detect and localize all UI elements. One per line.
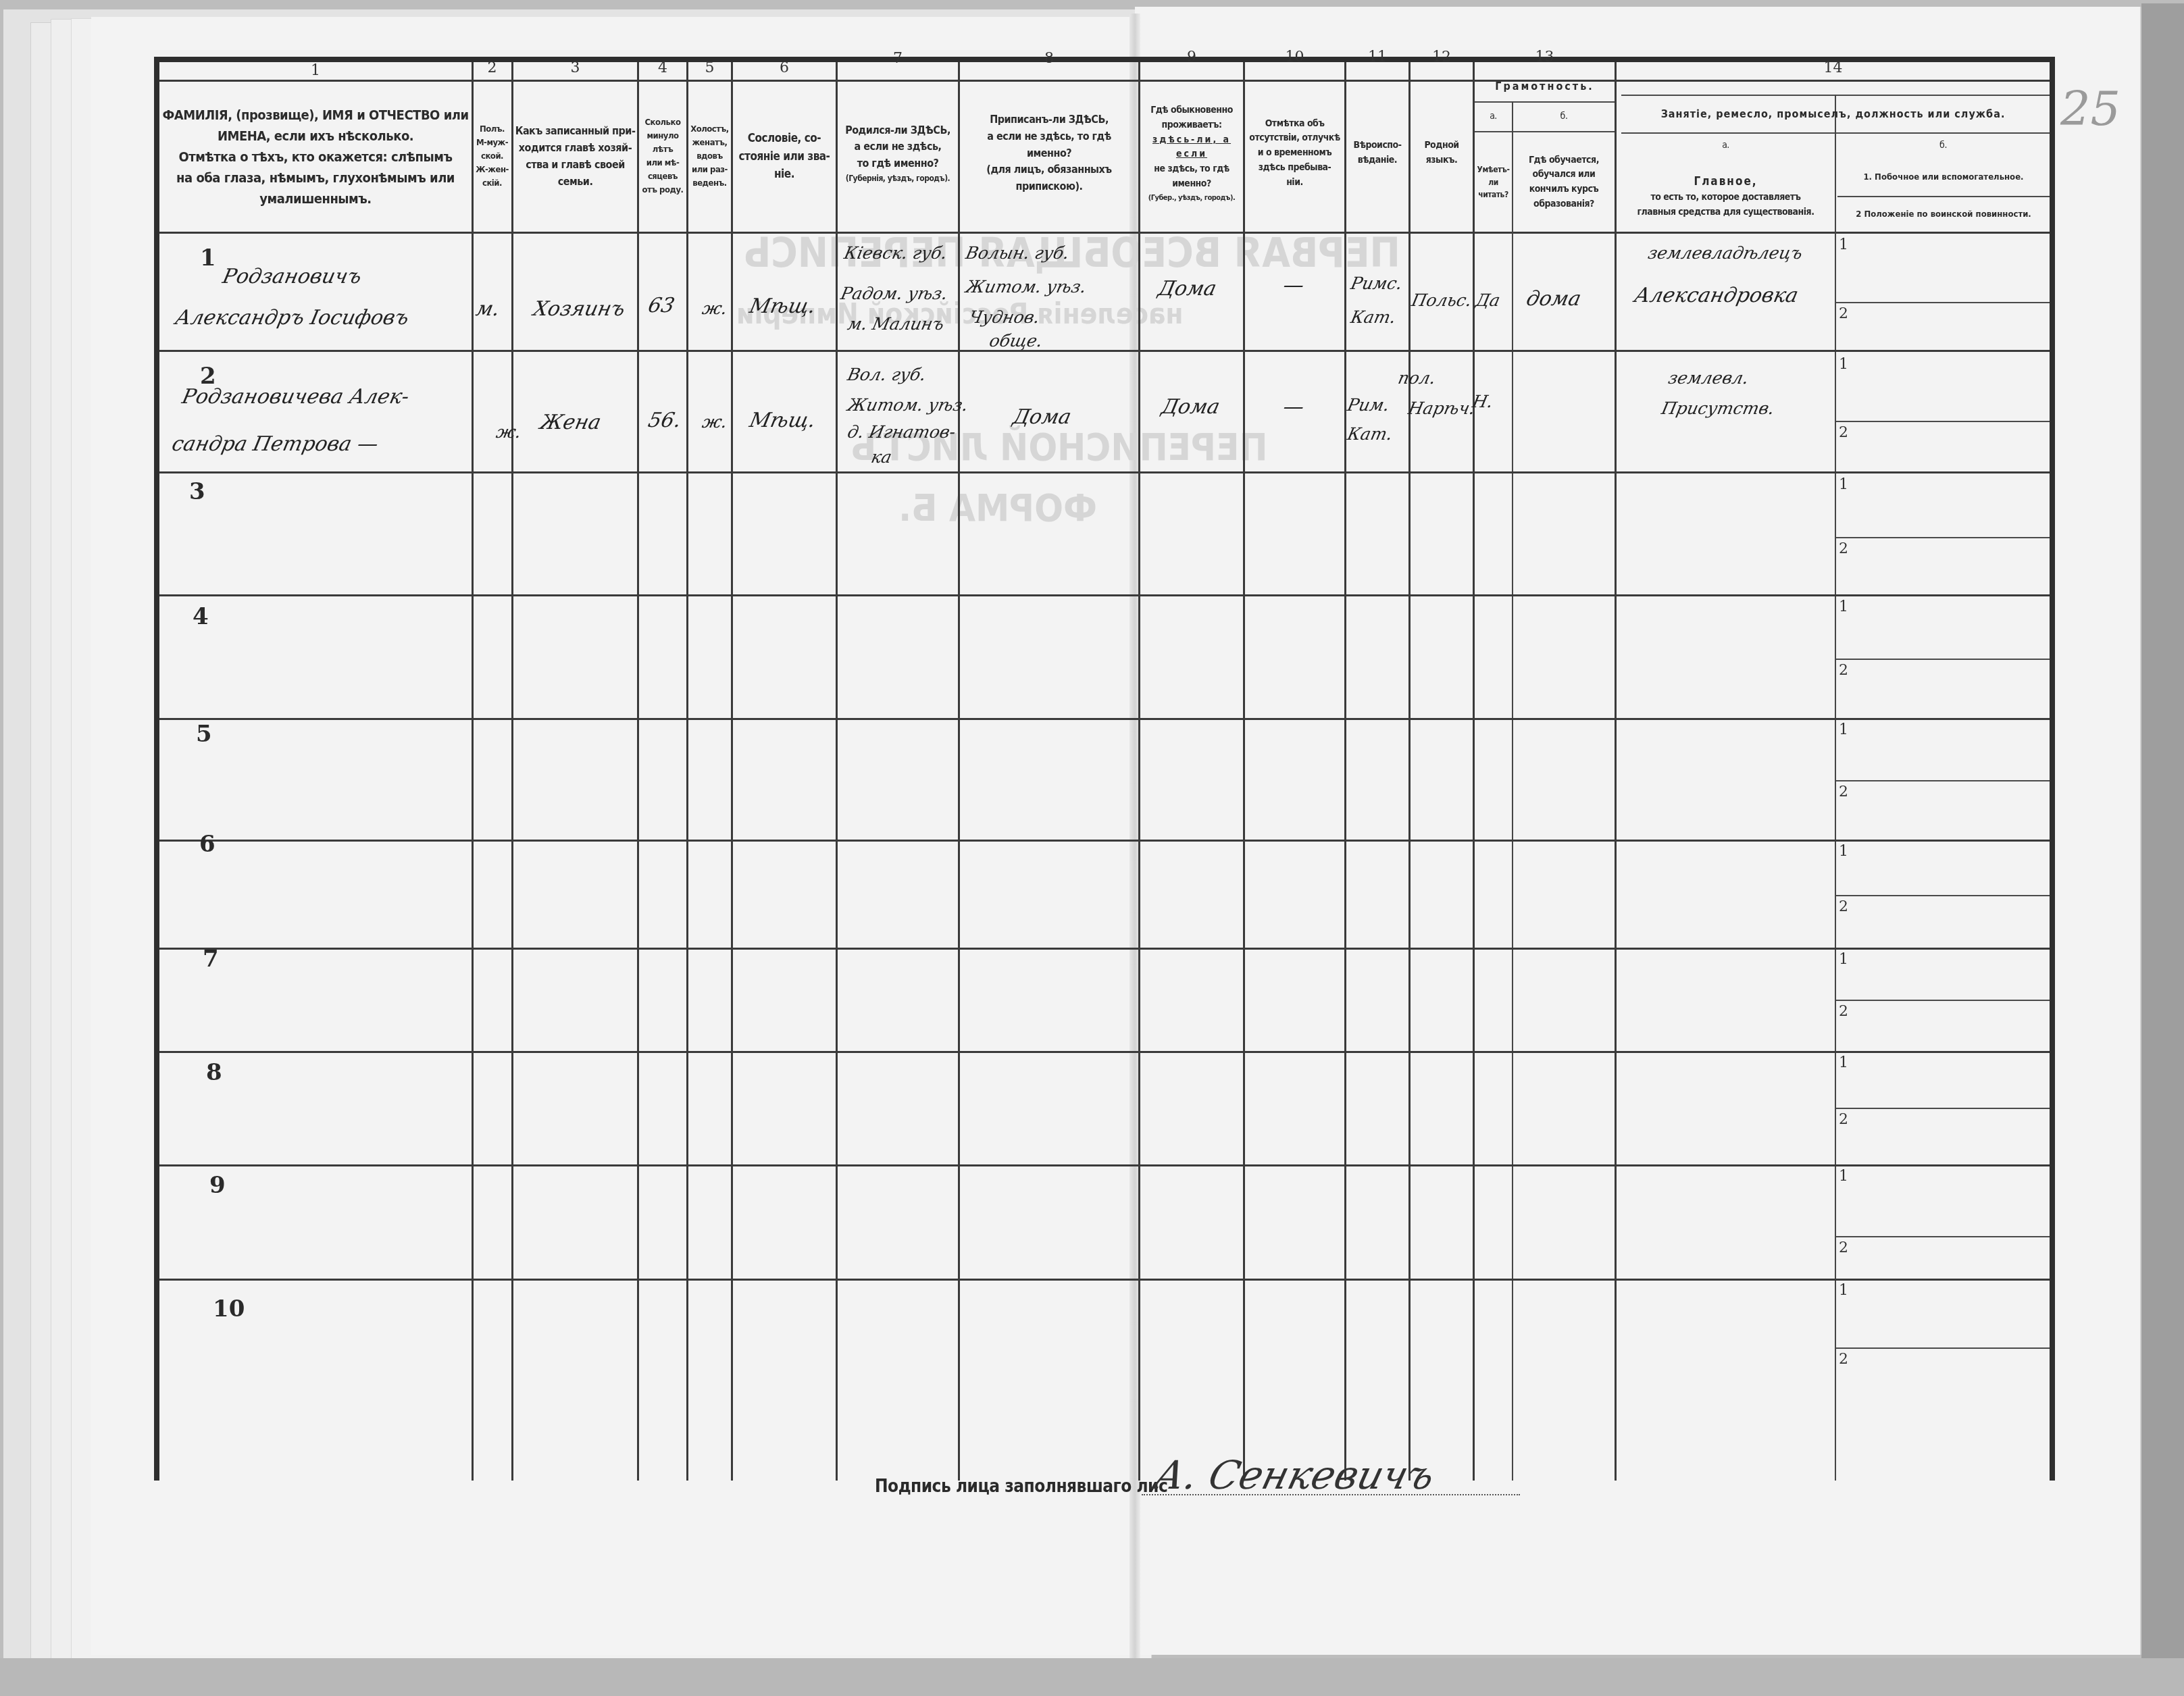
row2-born-line1: Вол. губ. xyxy=(846,365,928,384)
col14b-label-1: 1 xyxy=(1839,1168,1848,1185)
header-col3: Какъ записанный при- ходится главѣ хозяй… xyxy=(513,82,637,231)
col14b-label-1: 1 xyxy=(1839,1054,1848,1071)
row1-registered-line4: обще. xyxy=(988,331,1044,351)
header-col9: Гдѣ обыкновенно проживаетъ: здѣсь-ли, а … xyxy=(1140,76,1243,231)
col14b-label-1: 1 xyxy=(1839,1282,1848,1299)
row2-born-line2: Житом. уѣз. xyxy=(846,395,970,415)
row-number: 10 xyxy=(213,1295,245,1322)
col-divider-8-9 xyxy=(1138,62,1140,1481)
column-number: 7 xyxy=(838,50,958,67)
page-number-pencil: 25 xyxy=(2060,81,2120,136)
column-number: 6 xyxy=(733,59,836,76)
header-col13b: Гдѣ обучается, обучался или кончилъ курс… xyxy=(1513,134,1615,231)
col14b-label-2: 2 xyxy=(1839,783,1848,800)
header-col13b-label: б. xyxy=(1513,103,1615,130)
column-number: 11 xyxy=(1346,49,1408,66)
signature-handwritten: А. Сенкевичъ xyxy=(1150,1452,1440,1498)
header-col14b-2: 2 Положеніе по воинской повинности. xyxy=(1839,197,2048,231)
column-number: 2 xyxy=(473,59,511,76)
col14b-label-1: 1 xyxy=(1839,598,1848,615)
row1-name-patronymic: Александръ Іосифовъ xyxy=(173,306,411,330)
header-col14a: Главное, то есть то, которое доставляетъ… xyxy=(1617,162,1835,231)
census-form-frame xyxy=(154,57,2055,1481)
header-col10: Отмѣтка объ отсутствіи, отлучкѣ и о врем… xyxy=(1245,76,1344,231)
col-divider-1-2 xyxy=(472,62,474,1481)
row-divider-7 xyxy=(159,1051,2050,1053)
row2-relation: Жена xyxy=(538,411,603,434)
row-number: 9 xyxy=(209,1172,226,1199)
header-col14a-label: а. xyxy=(1617,134,1835,158)
header-col1: ФАМИЛІЯ, (прозвище), ИМЯ и ОТЧЕСТВО или … xyxy=(159,82,472,231)
col-divider-2-3 xyxy=(511,62,513,1481)
col-divider-5-6 xyxy=(731,62,733,1481)
header-col4: Сколько минуло лѣтъ или мѣ- сяцевъ отъ р… xyxy=(639,82,686,231)
row2-language-line1: пол. xyxy=(1396,368,1438,388)
col13-sublabel-divider xyxy=(1473,131,1615,132)
column-number: 12 xyxy=(1411,49,1473,66)
header-col13a: Умѣетъ- ли читать? xyxy=(1475,134,1512,231)
header-col13a-label: а. xyxy=(1475,103,1512,130)
col14b-label-2: 2 xyxy=(1839,1111,1848,1128)
row-divider-9 xyxy=(159,1279,2050,1281)
row2-born-line3: д. Игнатов- xyxy=(846,422,957,442)
row2-name-patronymic: сандра Петрова — xyxy=(170,432,380,456)
header-col7: Родился-ли ЗДѢСЬ, а если не здѣсь, то гд… xyxy=(838,76,958,231)
row1-born-line1: Кіевск. губ. xyxy=(842,243,949,263)
row1-estate: Мѣщ. xyxy=(747,294,817,318)
row-divider-4 xyxy=(159,718,2050,720)
row2-resides: Дома xyxy=(1159,395,1222,419)
header-col2: Полъ. М-муж- ской. Ж-жен- скій. xyxy=(473,82,511,231)
col14b-row6-split xyxy=(1836,895,2050,896)
row-divider-3 xyxy=(159,594,2050,596)
column-number: 13 xyxy=(1475,49,1615,66)
col14b-row8-split xyxy=(1836,1108,2050,1109)
row-number: 7 xyxy=(203,946,219,973)
row2-sex: ж. xyxy=(494,422,524,442)
row2-surname: Родзановичева Алек- xyxy=(180,385,411,409)
row-divider-2 xyxy=(159,471,2050,473)
signature-label: Подпись лица заполнявшаго лис xyxy=(875,1476,1167,1497)
row1-occupation-main-line1: землевладѣлецъ xyxy=(1646,243,1804,263)
row-number: 6 xyxy=(199,831,215,858)
row2-religion-line1: Рим. xyxy=(1346,395,1392,415)
header-col11: Вѣроиспо- вѣданіе. xyxy=(1346,76,1408,231)
col14b-label-2: 2 xyxy=(1839,1351,1848,1368)
column-number: 14 xyxy=(1617,59,2050,76)
col14b-row9-split xyxy=(1836,1236,2050,1237)
col14b-row7-split xyxy=(1836,1000,2050,1001)
row1-language: Польс. xyxy=(1410,290,1474,310)
row1-literate: Да xyxy=(1474,290,1502,310)
col-divider-7-8 xyxy=(958,62,960,1481)
column-number: 9 xyxy=(1140,49,1243,66)
row2-age: 56. xyxy=(646,409,683,432)
row-number: 1 xyxy=(200,245,216,272)
row1-relation: Хозяинъ xyxy=(531,297,627,321)
header-col14-title: Занятіе, ремесло, промыселъ, должность и… xyxy=(1617,97,2050,132)
column-number: 8 xyxy=(960,50,1138,67)
col13-a-b-divider xyxy=(1512,101,1513,1481)
row1-marital: ж. xyxy=(701,299,730,318)
row1-born-line2: Радом. уѣз. xyxy=(839,284,950,303)
header-col13-title: Грамотность. xyxy=(1475,73,1615,100)
row1-registered-line3: Чуднов. xyxy=(967,307,1042,327)
row1-age: 63 xyxy=(646,294,677,317)
column-number: 5 xyxy=(688,59,731,76)
col14b-label-2: 2 xyxy=(1839,662,1848,679)
col14b-label-2: 2 xyxy=(1839,305,1848,322)
row2-literate: Н. xyxy=(1471,392,1495,411)
col14b-row5-split xyxy=(1836,780,2050,781)
header-col8: Приписанъ-ли ЗДѢСЬ, а если не здѣсь, то … xyxy=(960,76,1138,231)
col14b-label-2: 2 xyxy=(1839,424,1848,441)
header-col12: Родной языкъ. xyxy=(1411,76,1473,231)
row1-religion-line1: Римс. xyxy=(1349,274,1404,293)
row-divider-8 xyxy=(159,1164,2050,1166)
col-divider-4-5 xyxy=(686,62,688,1481)
col14b-row2-split xyxy=(1836,421,2050,422)
row-divider-5 xyxy=(159,840,2050,842)
col14b-label-2: 2 xyxy=(1839,1239,1848,1256)
row2-registered: Дома xyxy=(1011,405,1073,429)
row-divider-6 xyxy=(159,948,2050,950)
row-number: 8 xyxy=(206,1059,222,1086)
col-divider-3-4 xyxy=(637,62,639,1481)
header-col6: Сословіе, со- стояніе или зва- ніе. xyxy=(733,82,836,231)
row1-registered-line1: Волын. губ. xyxy=(964,243,1071,263)
col14b-label-1: 1 xyxy=(1839,236,1848,253)
row-number: 3 xyxy=(189,478,205,505)
col14b-label-2: 2 xyxy=(1839,540,1848,557)
row2-occupation-main-line2: Присутств. xyxy=(1660,399,1776,418)
col14b-row1-split xyxy=(1836,302,2050,303)
col14b-label-2: 2 xyxy=(1839,1003,1848,1020)
row2-marital: ж. xyxy=(701,412,730,432)
header-body-divider xyxy=(159,232,2050,234)
row2-estate: Мѣщ. xyxy=(747,409,817,432)
row-divider-1 xyxy=(159,350,2050,352)
row-number: 4 xyxy=(193,603,209,630)
book-edge xyxy=(2141,3,2184,1658)
column-number: 4 xyxy=(639,59,686,76)
col14b-row10-split xyxy=(1836,1347,2050,1349)
col-divider-12-13 xyxy=(1473,62,1475,1481)
row1-education: дома xyxy=(1524,287,1583,311)
scan-background xyxy=(0,1658,2184,1696)
row1-religion-line2: Кат. xyxy=(1349,307,1398,327)
col13-sub-divider xyxy=(1473,101,1615,103)
column-number: 1 xyxy=(159,62,472,79)
row1-surname: Родзановичъ xyxy=(220,265,363,288)
col-divider-6-7 xyxy=(836,62,838,1481)
row2-born-line4: ка xyxy=(869,447,894,467)
row2-language-line2: Нарѣч. xyxy=(1406,399,1477,418)
column-number: 3 xyxy=(513,59,637,76)
header-col14b-1: 1. Побочное или вспомогательное. xyxy=(1839,159,2048,196)
row2-religion-line2: Кат. xyxy=(1346,424,1394,444)
column-number: 10 xyxy=(1245,49,1344,66)
row-number: 5 xyxy=(196,721,212,748)
col14b-label-1: 1 xyxy=(1839,476,1848,493)
row2-occupation-main-line1: землевл. xyxy=(1667,368,1750,388)
row1-born-line3: м. Малинъ xyxy=(846,314,946,334)
col-divider-10-11 xyxy=(1344,62,1346,1481)
row1-resides: Дома xyxy=(1156,277,1219,301)
col-divider-11-12 xyxy=(1408,62,1411,1481)
row1-registered-line2: Житом. уѣз. xyxy=(964,277,1088,297)
col14b-row3-split xyxy=(1836,537,2050,538)
col14b-label-2: 2 xyxy=(1839,898,1848,915)
header-col14b-label: б. xyxy=(1837,134,2050,158)
col14b-label-1: 1 xyxy=(1839,843,1848,860)
col-divider-13-14 xyxy=(1615,62,1617,1481)
col14b-label-1: 1 xyxy=(1839,951,1848,968)
header-col5: Холостъ, женатъ, вдовъ или раз- веденъ. xyxy=(688,82,731,231)
col14b-label-1: 1 xyxy=(1839,356,1848,373)
col14b-label-1: 1 xyxy=(1839,721,1848,738)
row1-occupation-main-line2: Александровка xyxy=(1632,284,1800,307)
col-divider-9-10 xyxy=(1243,62,1245,1481)
col14b-row4-split xyxy=(1836,659,2050,660)
